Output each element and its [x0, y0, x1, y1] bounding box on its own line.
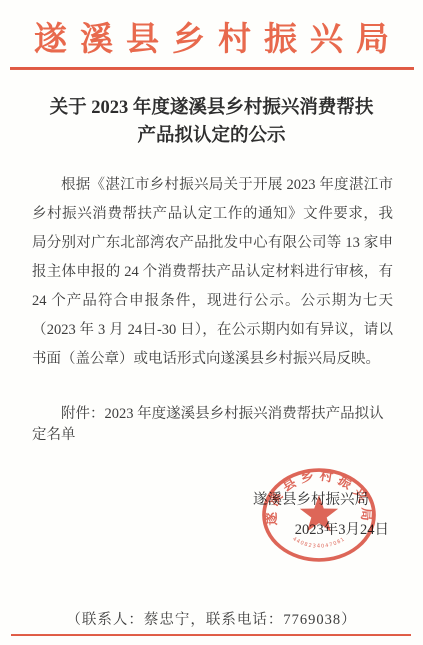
- attachment-line: 附件：2023 年度遂溪县乡村振兴消费帮扶产品拟认定名单: [32, 402, 395, 444]
- contact-line: （联系人：蔡忠宁，联系电话：7769038）: [0, 608, 423, 629]
- body-paragraph: 根据《湛江市乡村振兴局关于开展 2023 年度湛江市乡村振兴消费帮扶产品认定工作…: [32, 171, 393, 374]
- top-red-rule: [10, 67, 414, 70]
- notice-title: 关于 2023 年度遂溪县乡村振兴消费帮扶 产品拟认定的公示: [20, 94, 403, 150]
- signature-org-name: 遂溪县乡村振兴局: [0, 488, 369, 509]
- signature-date: 2023年3月24日: [0, 518, 389, 539]
- letterhead-org-name: 遂溪县乡村振兴局: [0, 13, 423, 60]
- notice-title-line1: 关于 2023 年度遂溪县乡村振兴消费帮扶: [50, 98, 374, 118]
- signature-block: 遂溪县乡村振兴局 2023年3月24日 遂溪县乡村振兴局 44082340470…: [0, 488, 423, 570]
- seal-border: [264, 470, 374, 560]
- official-seal: 遂溪县乡村振兴局 4408234047081: [254, 460, 384, 570]
- notice-title-line2: 产品拟认定的公示: [137, 126, 285, 146]
- bottom-red-rule: [11, 634, 411, 636]
- notice-document-page: 遂溪县乡村振兴局 关于 2023 年度遂溪县乡村振兴消费帮扶 产品拟认定的公示 …: [0, 0, 423, 645]
